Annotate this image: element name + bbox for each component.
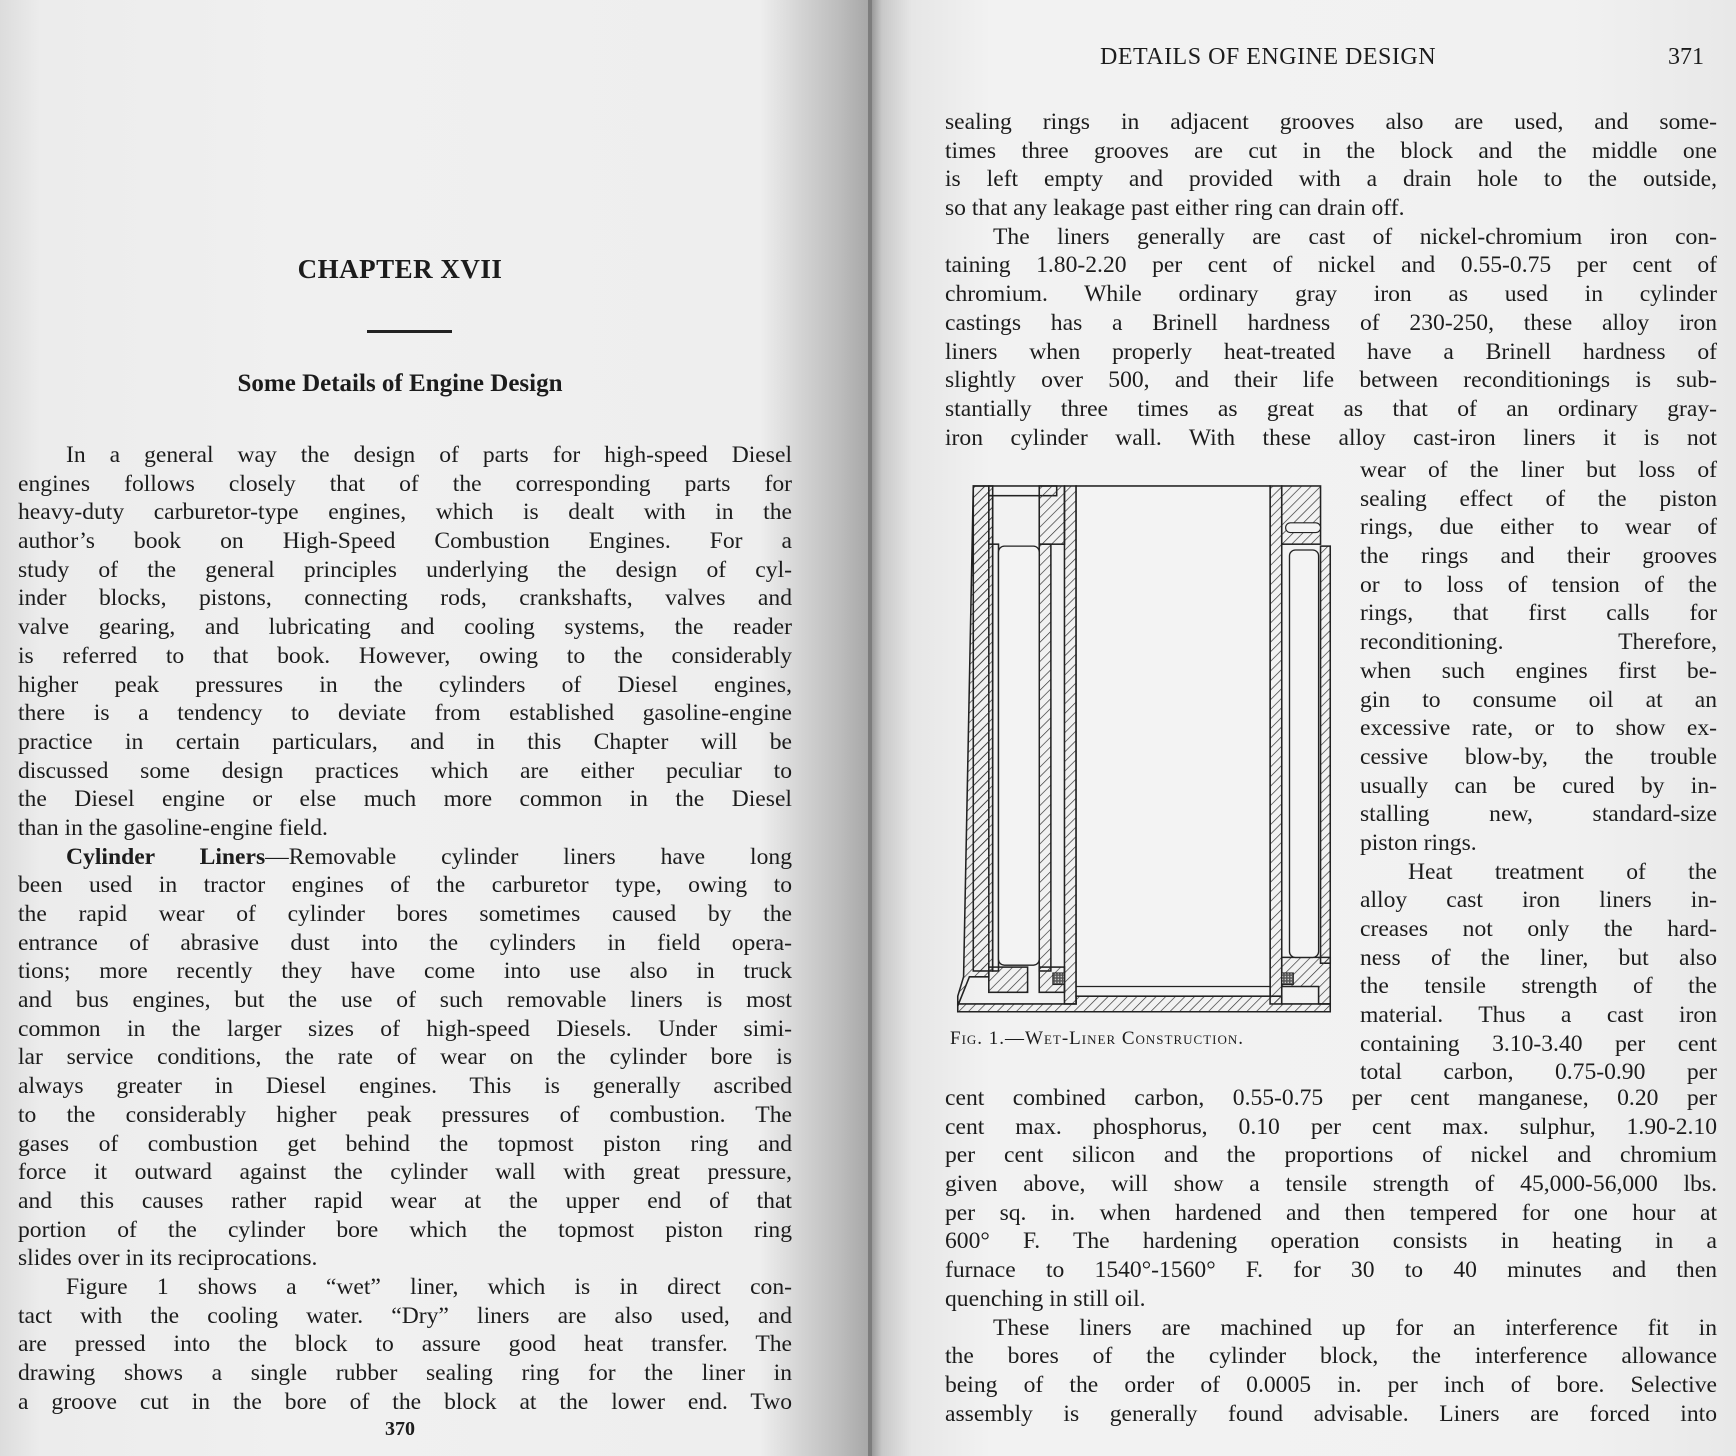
page-number-right: 371 — [1668, 44, 1704, 71]
text-line: liners when properly heat-treated have a… — [945, 338, 1717, 367]
text-line: the Diesel engine or else much more comm… — [18, 785, 792, 814]
text-line: rings, due either to wear of — [1360, 513, 1717, 542]
text-line: wear of the liner but loss of — [1360, 456, 1717, 485]
text-line: or to loss of tension of the — [1360, 571, 1717, 600]
text-line: valve gearing, and lubricating and cooli… — [18, 613, 792, 642]
text-line: given above, will show a tensile strengt… — [945, 1170, 1717, 1199]
text-line: there is a tendency to deviate from esta… — [18, 699, 792, 728]
text-line: alloy cast iron liners in- — [1360, 886, 1717, 915]
text-line: sealing rings in adjacent grooves also a… — [945, 108, 1717, 137]
text-line: the tensile strength of the — [1360, 972, 1717, 1001]
text-line: sealing effect of the piston — [1360, 485, 1717, 514]
text-line: entrance of abrasive dust into the cylin… — [18, 929, 792, 958]
right-page-wrapped-text: wear of the liner but loss ofsealing eff… — [1360, 456, 1717, 1087]
text-line: rings, that first calls for — [1360, 599, 1717, 628]
text-line: is referred to that book. However, owing… — [18, 642, 792, 671]
wet-liner-figure — [950, 470, 1338, 1018]
book-gutter — [868, 0, 872, 1456]
figure-caption: Fig. 1.—Wet-Liner Construction. — [950, 1028, 1244, 1050]
text-line: chromium. While ordinary gray iron as us… — [945, 280, 1717, 309]
text-line: tact with the cooling water. “Dry” liner… — [18, 1302, 792, 1331]
text-line: times three grooves are cut in the block… — [945, 137, 1717, 166]
text-line: to the considerably higher peak pressure… — [18, 1101, 792, 1130]
text-line: material. Thus a cast iron — [1360, 1001, 1717, 1030]
text-line: a groove cut in the bore of the block at… — [18, 1388, 792, 1417]
text-line: slides over in its reciprocations. — [18, 1244, 792, 1273]
text-line: being of the order of 0.0005 in. per inc… — [945, 1371, 1717, 1400]
text-line: lar service conditions, the rate of wear… — [18, 1043, 792, 1072]
text-line: quenching in still oil. — [945, 1285, 1717, 1314]
text-line: inder blocks, pistons, connecting rods, … — [18, 584, 792, 613]
text-line: castings has a Brinell hardness of 230-2… — [945, 309, 1717, 338]
text-line: iron cylinder wall. With these alloy cas… — [945, 424, 1717, 453]
text-line: 600° F. The hardening operation consists… — [945, 1227, 1717, 1256]
text-line: gin to consume oil at an — [1360, 686, 1717, 715]
text-line: cessive blow-by, the trouble — [1360, 743, 1717, 772]
text-line: practice in certain particulars, and in … — [18, 728, 792, 757]
text-line: Figure 1 shows a “wet” liner, which is i… — [18, 1273, 792, 1302]
text-line: discussed some design practices which ar… — [18, 757, 792, 786]
text-line: higher peak pressures in the cylinders o… — [18, 671, 792, 700]
section-heading: Cylinder Liners — [66, 844, 265, 870]
text-line: stalling new, standard-size — [1360, 800, 1717, 829]
chapter-divider-rule — [367, 330, 452, 333]
text-line: assembly is generally found advisable. L… — [945, 1400, 1717, 1429]
text-line: is left empty and provided with a drain … — [945, 165, 1717, 194]
text-line: The liners generally are cast of nickel-… — [945, 223, 1717, 252]
running-head: DETAILS OF ENGINE DESIGN — [1100, 44, 1436, 71]
text-line: heavy-duty carburetor-type engines, whic… — [18, 498, 792, 527]
text-line: These liners are machined up for an inte… — [945, 1314, 1717, 1343]
text-line: engines follows closely that of the corr… — [18, 470, 792, 499]
text-line: common in the larger sizes of high-speed… — [18, 1015, 792, 1044]
text-line: cent max. phosphorus, 0.10 per cent max.… — [945, 1113, 1717, 1142]
text-line: cent combined carbon, 0.55-0.75 per cent… — [945, 1084, 1717, 1113]
text-line: the rapid wear of cylinder bores sometim… — [18, 900, 792, 929]
text-line: been used in tractor engines of the carb… — [18, 871, 792, 900]
text-line: the bores of the cylinder block, the int… — [945, 1342, 1717, 1371]
text-line: piston rings. — [1360, 829, 1717, 858]
page-number-left: 370 — [0, 1418, 800, 1441]
text-line: taining 1.80-2.20 per cent of nickel and… — [945, 251, 1717, 280]
right-page-body-text-top: sealing rings in adjacent grooves also a… — [945, 108, 1717, 452]
text-line: furnace to 1540°-1560° F. for 30 to 40 m… — [945, 1256, 1717, 1285]
text-line: force it outward against the cylinder wa… — [18, 1158, 792, 1187]
text-line: total carbon, 0.75-0.90 per — [1360, 1058, 1717, 1087]
text-line: gases of combustion get behind the topmo… — [18, 1130, 792, 1159]
text-line: and this causes rather rapid wear at the… — [18, 1187, 792, 1216]
text-line: excessive rate, or to show ex- — [1360, 714, 1717, 743]
chapter-title: CHAPTER XVII — [0, 254, 800, 285]
text-line: author’s book on High-Speed Combustion E… — [18, 527, 792, 556]
text-line: Cylinder Liners—Removable cylinder liner… — [18, 843, 792, 872]
text-line: stantially three times as great as that … — [945, 395, 1717, 424]
text-line: when such engines first be- — [1360, 657, 1717, 686]
text-line: than in the gasoline-engine field. — [18, 814, 792, 843]
text-line: portion of the cylinder bore which the t… — [18, 1216, 792, 1245]
text-line: study of the general principles underlyi… — [18, 556, 792, 585]
right-page-body-text-bottom: cent combined carbon, 0.55-0.75 per cent… — [945, 1084, 1717, 1428]
text-line: reconditioning. Therefore, — [1360, 628, 1717, 657]
text-line: Heat treatment of the — [1360, 858, 1717, 887]
text-line: and bus engines, but the use of such rem… — [18, 986, 792, 1015]
text-line: always greater in Diesel engines. This i… — [18, 1072, 792, 1101]
text-line: ness of the liner, but also — [1360, 944, 1717, 973]
text-line: containing 3.10-3.40 per cent — [1360, 1030, 1717, 1059]
text-line: creases not only the hard- — [1360, 915, 1717, 944]
left-page-body-text: In a general way the design of parts for… — [18, 441, 792, 1416]
text-line: usually can be cured by in- — [1360, 772, 1717, 801]
text-line: per cent silicon and the proportions of … — [945, 1141, 1717, 1170]
text-line: drawing shows a single rubber sealing ri… — [18, 1359, 792, 1388]
text-line: are pressed into the block to assure goo… — [18, 1330, 792, 1359]
chapter-subtitle: Some Details of Engine Design — [0, 370, 800, 398]
text-line: the rings and their grooves — [1360, 542, 1717, 571]
text-line: tions; more recently they have come into… — [18, 957, 792, 986]
text-line: so that any leakage past either ring can… — [945, 194, 1717, 223]
wet-liner-cross-section-icon — [950, 470, 1338, 1018]
text-line: slightly over 500, and their life betwee… — [945, 366, 1717, 395]
text-line: In a general way the design of parts for… — [18, 441, 792, 470]
text-line: per sq. in. when hardened and then tempe… — [945, 1199, 1717, 1228]
